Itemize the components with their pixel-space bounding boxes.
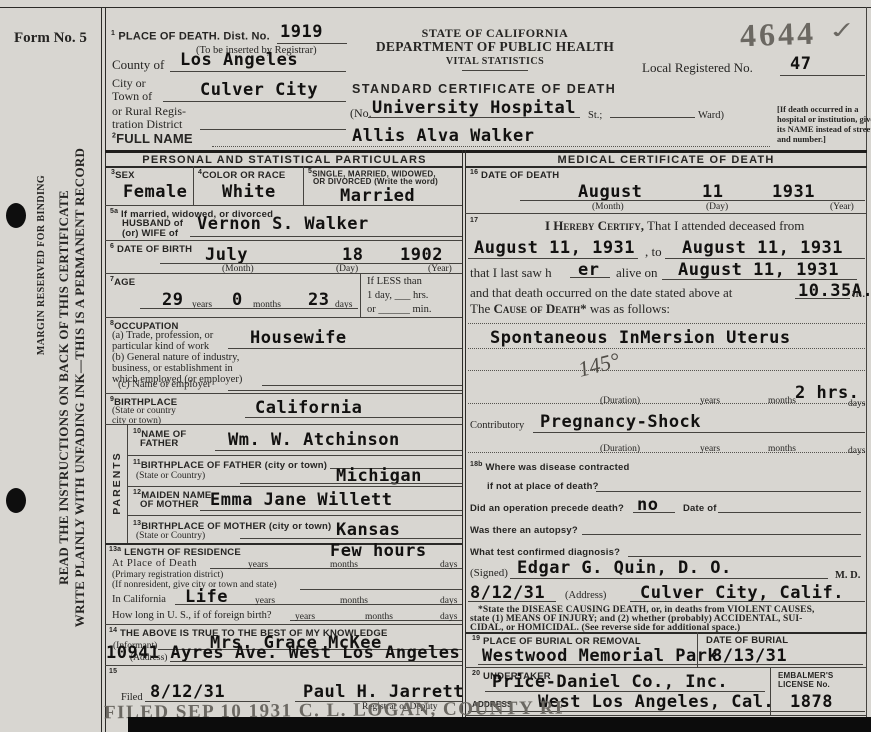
rule [610,117,695,118]
death-certificate-page: Form No. 5 MARGIN RESERVED FOR BINDING R… [0,0,871,732]
divider [193,166,194,205]
rule [200,129,346,130]
rule [300,589,462,590]
birth-year-value: 1902 [400,245,443,265]
hospital-note-line-3: its NAME instead of street [777,124,871,134]
duration-months-caption-1: months [768,396,796,406]
street-st-label: St.; [588,110,602,121]
rule [170,661,462,662]
death-year-value: 1931 [772,182,815,202]
rule [465,667,867,668]
last-saw-label-1: that I last saw h [470,265,552,281]
rule [510,578,828,579]
duration-caption-1: (Duration) [600,396,640,406]
rule [127,486,462,487]
operation-question-label: Did an operation precede death? [470,503,624,514]
disease-contracted-label: 18b Where was disease contracted [470,461,629,473]
rule [465,213,867,214]
rule [163,101,346,102]
local-registered-value: 47 [790,54,811,74]
duration-years-caption-1: years [700,396,720,406]
residence-years-caption: years [248,560,268,570]
rule [795,298,850,299]
burial-date-label: DATE OF BURIAL [706,635,788,646]
rule [468,258,638,259]
rule [478,664,863,665]
rule [212,146,770,147]
rule [533,432,865,433]
rule [630,601,865,602]
hospital-note-line-1: [If death occurred in a [777,104,859,114]
certificate-number-stamp: 4644 [739,15,816,55]
embalmer-license-label-1: EMBALMER'S [778,671,833,680]
city-label-2: Town of [112,89,152,104]
occupation-a-label-2: particular kind of work [112,341,209,352]
age-months-value: 0 [232,290,243,310]
rule [582,534,861,535]
rule [105,240,462,241]
birth-date-label: 6 DATE OF BIRTH [110,243,192,255]
rule [665,258,865,259]
md-caption: M. D. [835,570,860,581]
rule [468,403,865,404]
age-years-value: 29 [162,290,183,310]
embalmer-license-label-2: LICENSE No. [778,680,830,689]
occupation-b-label-2: business, or establishment in [112,363,233,374]
column-divider-outer [462,150,463,717]
rule [262,385,462,386]
rule [462,70,528,71]
mother-birthplace-value: Kansas [336,520,400,540]
rule [228,390,462,391]
punch-hole-top [6,203,26,228]
duration-months-caption-2: months [768,444,796,454]
mother-name-value: Emma Jane Willett [210,490,393,510]
embalmer-license-value: 1878 [790,692,833,712]
residence-value: Few hours [330,541,427,561]
certify-section-number: 17 [470,217,478,229]
age-label: 7AGE [110,276,135,288]
operation-date-label: Date of [683,503,717,514]
sex-value: Female [123,182,187,202]
burial-place-value: Westwood Memorial Park [482,646,718,666]
birthplace-value: California [255,398,362,418]
us-years-caption: years [295,612,315,622]
ward-label: Ward) [698,110,724,121]
us-months-caption: months [365,612,393,622]
parents-bracket-rule [127,424,128,543]
cause-intro-pre: The [470,301,490,316]
residence-us-question: How long in U. S., if of foreign birth? [112,610,272,621]
marital-value: Married [340,186,415,206]
rule [105,665,462,666]
certify-intro-rest: That I attended deceased from [647,218,804,233]
rule [465,632,867,634]
personal-section-title: PERSONAL AND STATISTICAL PARTICULARS [107,154,462,166]
duration-days-caption-2: days [848,446,865,456]
autopsy-question-label: Was there an autopsy? [470,525,578,536]
cause-intro-post: was as follows: [590,301,670,316]
residence-in-cal-label: In California [112,594,166,605]
residence-months-caption: months [330,560,358,570]
county-value: Los Angeles [180,50,298,70]
rule [240,538,462,539]
signature-address-value: Culver City, Calif. [640,583,844,603]
mother-birthplace-sub: (State or Country) [136,531,205,541]
residence-at-place-label: At Place of Death [112,558,197,569]
signature-address-caption: (Address) [565,590,606,601]
rule [662,279,857,280]
rule [468,452,865,453]
local-registered-label: Local Registered No. [642,60,753,76]
full-name-value: Allis Alva Walker [352,126,535,146]
rule [160,263,462,264]
rule [105,393,462,394]
rule [780,75,865,76]
rule [127,515,462,516]
field-place-of-death-label: 1 PLACE OF DEATH. Dist. No. [111,30,270,43]
death-occurred-label: and that death occurred on the date stat… [470,285,732,301]
last-saw-date-value: August 11, 1931 [678,260,839,280]
in-cal-months-caption: months [340,596,368,606]
spouse-label-3: (or) WIFE of [122,228,178,239]
signature-date-value: 8/12/31 [470,583,545,603]
death-year-caption: (Year) [830,202,854,212]
undertaker-value: Price-Daniel Co., Inc. [492,672,728,692]
occupation-b-label-1: (b) General nature of industry, [112,352,239,363]
rule [105,273,462,274]
rule [105,205,462,206]
in-cal-years-caption: years [255,596,275,606]
death-time-m-label: m. [852,285,865,301]
filed-date-value: 8/12/31 [150,682,225,702]
district-number-value: 1919 [280,22,323,42]
margin-instructions: READ THE INSTRUCTIONS ON BACK OF THIS CE… [56,70,88,705]
age-days-value: 23 [308,290,329,310]
occupation-value: Housewife [250,328,347,348]
age-less-line-3: or ______ min. [367,304,431,315]
certify-to-word: , to [645,244,662,260]
rule [596,491,861,492]
age-less-line-1: If LESS than [367,276,422,287]
margin-binding-note: MARGIN RESERVED FOR BINDING [36,140,47,390]
divider [360,273,361,317]
punch-hole-bottom [6,488,26,513]
attended-to-value: August 11, 1931 [682,238,843,258]
occupation-c-label: (c) Name of employer [118,379,211,390]
rule [628,556,861,557]
spouse-value: Vernon S. Walker [197,214,369,234]
last-saw-label-2: alive on [616,265,658,281]
rule [633,512,675,513]
duration-years-caption-2: years [700,444,720,454]
street-no-label: (No. [350,106,372,121]
certificate-title: STANDARD CERTIFICATE OF DEATH [352,82,616,96]
father-birthplace-label: 11BIRTHPLACE OF FATHER (city or town) [133,459,327,471]
rule [240,483,462,484]
vital-statistics-heading: VITAL STATISTICS [420,56,570,67]
residence-primary-note: (Primary registration district) [112,570,223,580]
certify-intro: I Hereby Certify, That I attended deceas… [545,218,804,234]
rule [468,601,556,602]
father-name-value: Wm. W. Atchinson [228,430,400,450]
header-bottom-rule [105,150,867,153]
rule [468,348,865,349]
father-name-label-2: FATHER [140,438,179,449]
rule [105,424,462,425]
marital-label-2: OR DIVORCED (Write the word) [313,177,438,186]
duration-caption-2: (Duration) [600,444,640,454]
birthplace-sub-1: (State or country [112,406,176,416]
hospital-note-line-4: and number.] [777,134,826,144]
rule [465,166,867,168]
rule [215,450,462,451]
rule [520,200,865,201]
top-edge-rule [0,7,871,8]
rural-label-2: tration District [112,117,182,132]
residence-days-caption: days [440,560,457,570]
rule [718,512,861,513]
city-value: Culver City [200,80,318,100]
rule [468,323,865,324]
rule [175,604,462,605]
margin-read-line: READ THE INSTRUCTIONS ON BACK OF THIS CE… [56,70,72,705]
parents-group-label: PARENTS [111,429,123,537]
divider [303,166,304,205]
medical-section-title: MEDICAL CERTIFICATE OF DEATH [465,154,867,166]
rule [277,43,347,44]
rule [170,71,346,72]
contributory-label: Contributory [470,420,524,431]
death-day-caption: (Day) [706,202,728,212]
contributory-value: Pregnancy-Shock [540,412,701,432]
rule [140,308,358,309]
cause-of-death-value: Spontaneous InMersion Uterus [490,328,791,348]
rule [105,317,462,318]
filed-section-number: 15 [109,668,117,680]
rule [127,455,462,456]
signed-caption: (Signed) [470,567,508,579]
race-label: 4COLOR OR RACE [198,169,285,181]
rule [228,348,462,349]
rule [368,117,580,118]
death-day-value: 11 [702,182,723,202]
race-value: White [222,182,276,202]
department-heading: DEPARTMENT OF PUBLIC HEALTH [360,39,630,55]
rule [245,417,462,418]
cause-intro: The Cause of Death* was as follows: [470,301,670,317]
rule [190,236,462,237]
rule [570,277,610,278]
occupation-a-label-1: (a) Trade, profession, or [112,330,213,341]
in-cal-days-caption: days [440,596,457,606]
margin-rule-outer [101,7,102,732]
sex-label: 3SEX [111,169,135,181]
death-month-value: August [578,182,642,202]
cause-intro-smallcaps: Cause of Death* [493,301,586,316]
full-name-label: 2FULL NAME [112,131,193,146]
birth-day-value: 18 [342,245,363,265]
us-days-caption: days [440,612,457,622]
margin-write-line: WRITE PLAINLY WITH UNFADING INK—THIS IS … [72,70,88,705]
undertaker-address-value: West Los Angeles, Cal. [538,692,774,712]
rule [105,624,462,625]
rule [200,510,462,511]
father-birthplace-sub: (State or Country) [136,471,205,481]
residence-label: 13a LENGTH OF RESIDENCE [109,546,241,558]
form-number: Form No. 5 [14,30,87,47]
scan-edge-bar [128,717,871,732]
birth-month-value: July [205,245,248,265]
physician-signature-value: Edgar G. Quin, D. O. [517,558,732,578]
informant-address-caption: (Address) [130,653,167,663]
burial-date-value: 8/13/31 [712,646,787,666]
hospital-note-line-2: hospital or institution, give [777,114,871,124]
checkmark-icon: ✓ [826,16,858,46]
attended-from-value: August 11, 1931 [474,238,635,258]
disease-q1b-label: if not at place of death? [487,481,599,492]
hospital-name-value: University Hospital [372,98,576,118]
mother-name-label-2: OF MOTHER [140,499,199,510]
age-less-line-2: 1 day, ___ hrs. [367,290,428,301]
rule [468,370,865,371]
handwritten-note: 145° [575,347,622,382]
death-date-label: 16 DATE OF DEATH [470,169,559,181]
certify-intro-smallcaps: I Hereby Certify, [545,218,644,233]
county-label: County of [112,57,164,73]
test-question-label: What test confirmed diagnosis? [470,547,620,558]
duration-days-caption-1: days [848,399,865,409]
death-month-caption: (Month) [592,202,624,212]
